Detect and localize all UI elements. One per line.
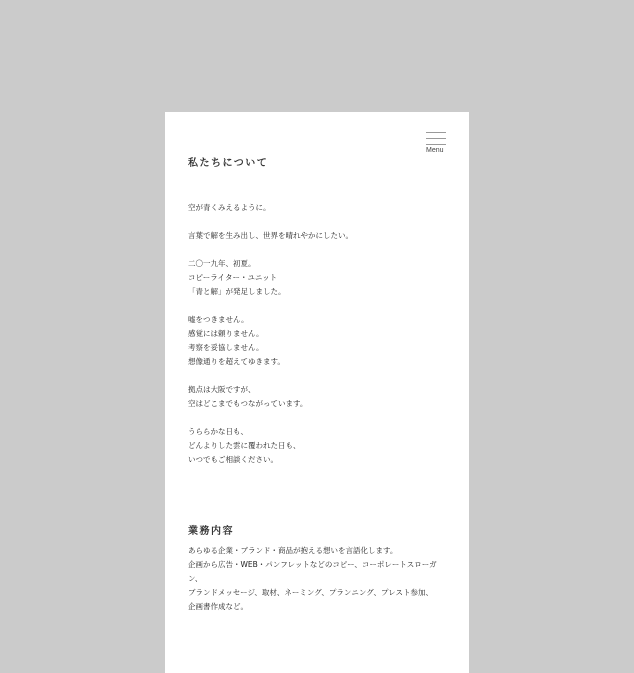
about-line: 空はどこまでもつながっています。 [188,397,353,411]
about-title: 私たちについて [188,154,268,169]
about-line: 拠点は大阪ですが、 [188,383,353,397]
about-line: 感覚には頼りません。 [188,327,353,341]
about-line: うららかな日も、 [188,425,353,439]
about-line: 想像通りを超えてゆきます。 [188,355,353,369]
menu-label[interactable]: Menu [426,147,444,154]
content-panel: Menu 私たちについて 空が青くみえるように。 言葉で解を生み出し、世界を晴れ… [165,112,469,673]
about-line: 考察を妥協しません。 [188,341,353,355]
services-line: ブランドメッセージ、取材、ネーミング、プランニング、プレスト参加、 [188,586,448,600]
hamburger-icon[interactable] [426,132,446,146]
about-line: 二〇一九年、初夏。 [188,257,353,271]
about-body: 空が青くみえるように。 言葉で解を生み出し、世界を晴れやかにしたい。 二〇一九年… [188,201,353,467]
services-line: 企画書作成など。 [188,600,448,614]
about-line: 嘘をつきません。 [188,313,353,327]
services-title: 業務内容 [188,522,234,537]
services-body: あらゆる企業・ブランド・商品が抱える想いを言語化します。 企画から広告・WEB・… [188,544,448,614]
services-line: あらゆる企業・ブランド・商品が抱える想いを言語化します。 [188,544,448,558]
about-line: 「青と解」が発足しました。 [188,285,353,299]
about-line: 空が青くみえるように。 [188,201,353,215]
services-line: 企画から広告・WEB・パンフレットなどのコピー、コーポレートスローガン、 [188,558,448,586]
about-line: 言葉で解を生み出し、世界を晴れやかにしたい。 [188,229,353,243]
menu-button[interactable]: Menu [424,130,450,156]
about-line: コピーライター・ユニット [188,271,353,285]
about-line: どんよりした雲に覆われた日も、 [188,439,353,453]
about-line: いつでもご相談ください。 [188,453,353,467]
